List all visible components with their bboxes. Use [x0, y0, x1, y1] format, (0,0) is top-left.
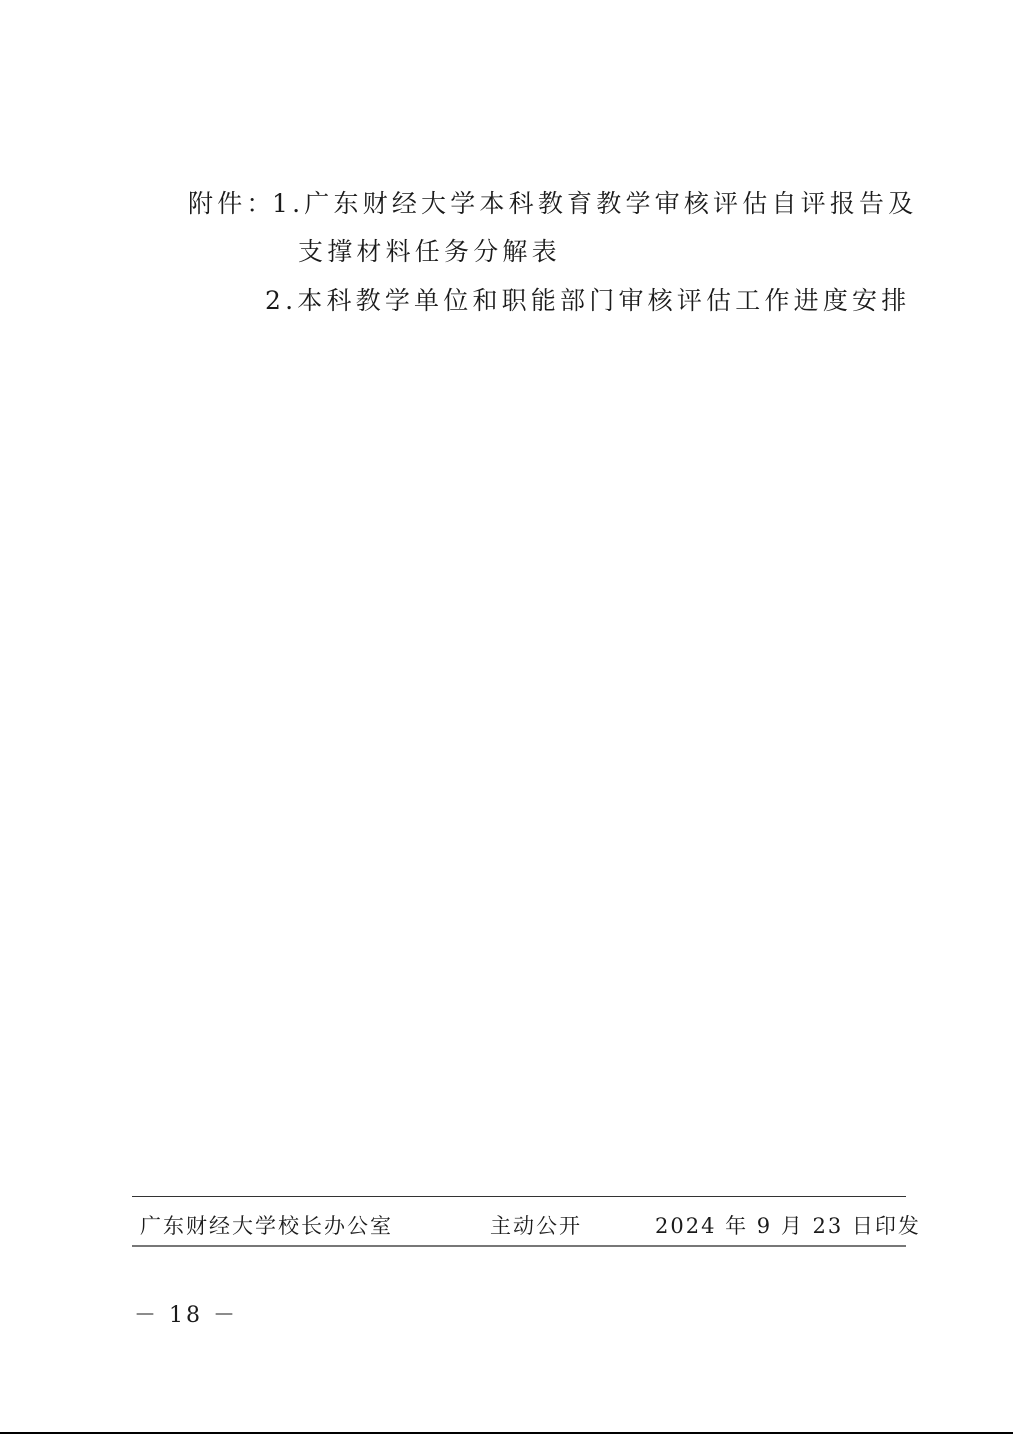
footer-rule-top [132, 1196, 906, 1197]
footer-issuer: 广东财经大学校长办公室 [140, 1212, 393, 1240]
footer-issue-date: 2024 年 9 月 23 日印发 [655, 1212, 921, 1240]
attachments-label: 附件： [188, 189, 276, 219]
footer-rule-bottom [132, 1245, 906, 1247]
attachment-item-2: 2.本科教学单位和职能部门审核评估工作进度安排 [265, 286, 910, 316]
page-number: － 18 － [134, 1302, 238, 1330]
document-page: 附件： 1.广东财经大学本科教育教学审核评估自评报告及 支撑材料任务分解表 2.… [0, 0, 1013, 1434]
footer-disclosure: 主动公开 [490, 1212, 582, 1240]
attachment-item-1: 1.广东财经大学本科教育教学审核评估自评报告及 [272, 189, 917, 219]
attachment-item-1-continuation: 支撑材料任务分解表 [298, 237, 561, 267]
